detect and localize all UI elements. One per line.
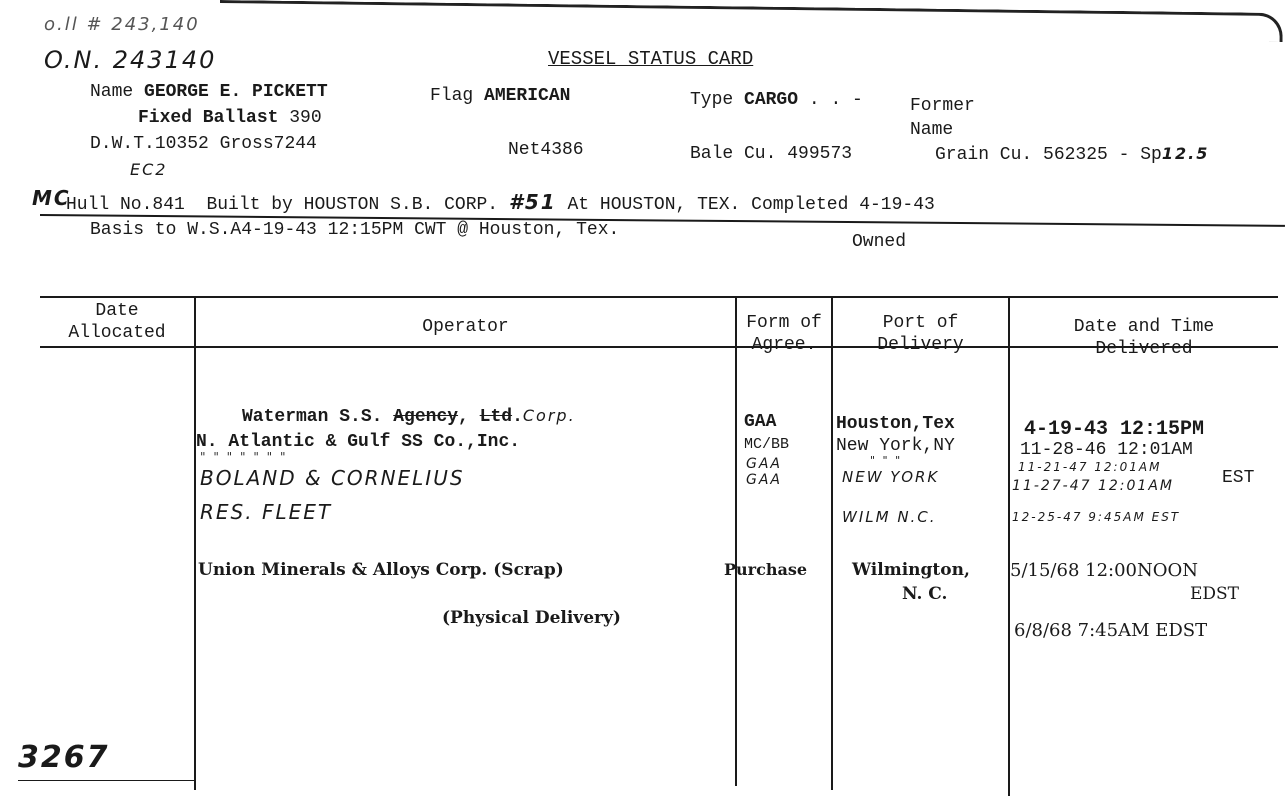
hull-built-field: Hull No.841 Built by HOUSTON S.B. CORP. … bbox=[66, 190, 935, 215]
fixed-ballast-value: 390 bbox=[289, 108, 321, 128]
built-by-value: HOUSTON S.B. CORP. bbox=[304, 195, 498, 215]
basis-label: Basis to W.S.A bbox=[90, 220, 241, 240]
row1-operator: Waterman S.S. Agency, Ltd.Corp. bbox=[242, 406, 576, 427]
owned-label: Owned bbox=[852, 232, 906, 252]
fixed-ballast-label: Fixed Ballast bbox=[138, 108, 278, 128]
at-value: HOUSTON, TEX. bbox=[600, 195, 740, 215]
gross-value: 7244 bbox=[274, 134, 317, 154]
row4-delivered: 11-27-47 12:01AM bbox=[1012, 478, 1174, 494]
row3-delivered: 11-21-47 12:01AM bbox=[1018, 460, 1161, 474]
dwt-label: D.W.T. bbox=[90, 134, 155, 154]
row2-form: MC/BB bbox=[744, 436, 789, 453]
card-number: 3267 bbox=[18, 740, 110, 775]
row3-port: NEW YORK bbox=[842, 468, 939, 486]
row6-form: Purchase bbox=[724, 560, 807, 579]
header-form-of-agreement: Form of Agree. bbox=[737, 312, 831, 356]
bale-label: Bale Cu. bbox=[690, 144, 776, 164]
speed-label: Sp bbox=[1140, 145, 1162, 165]
col-divider-3 bbox=[831, 296, 833, 790]
former-name-label-2: Name bbox=[910, 120, 953, 140]
row6-operator: Union Minerals & Alloys Corp. (Scrap) bbox=[198, 560, 564, 580]
row4-timezone: EST bbox=[1222, 468, 1254, 488]
row1-form: GAA bbox=[744, 412, 776, 432]
type-label: Type bbox=[690, 90, 733, 110]
row2-port: New York,NY bbox=[836, 436, 955, 456]
handwritten-top-note: o.ll # 243,140 bbox=[44, 14, 200, 35]
initials-note: MC bbox=[32, 186, 71, 210]
speed-value: 12.5 bbox=[1162, 144, 1209, 163]
dwt-value: 10352 bbox=[155, 134, 209, 154]
row2-delivered: 11-28-46 12:01AM bbox=[1020, 440, 1193, 460]
row4-form: GAA bbox=[746, 472, 782, 488]
row3-form: GAA bbox=[746, 456, 782, 472]
grain-label: Grain Cu. bbox=[935, 145, 1032, 165]
row6-port-2: N. C. bbox=[902, 584, 947, 604]
tonnage-field: D.W.T.10352 Gross7244 bbox=[90, 134, 317, 154]
row3-port-ditto: " " " bbox=[870, 454, 902, 467]
row5-operator: RES. FLEET bbox=[200, 500, 332, 524]
name-field: Name GEORGE E. PICKETT bbox=[90, 82, 328, 102]
grain-value: 562325 bbox=[1043, 145, 1108, 165]
header-operator: Operator bbox=[196, 316, 735, 338]
completed-value: 4-19-43 bbox=[859, 195, 935, 215]
row3-ditto-marks: " " " " " " " bbox=[200, 450, 288, 464]
header-date-allocated: Date Allocated bbox=[40, 300, 194, 344]
net-field: Net4386 bbox=[508, 140, 584, 160]
type-value: CARGO bbox=[744, 90, 798, 110]
net-label: Net bbox=[508, 140, 540, 160]
row2-operator: N. Atlantic & Gulf SS Co.,Inc. bbox=[196, 432, 520, 452]
bale-field: Bale Cu. 499573 bbox=[690, 144, 852, 164]
completed-label: Completed bbox=[751, 195, 848, 215]
hull-value: 841 bbox=[152, 195, 184, 215]
flag-field: Flag AMERICAN bbox=[430, 86, 570, 106]
gross-label: Gross bbox=[220, 134, 274, 154]
basis-value: 4-19-43 12:15PM CWT @ Houston, Tex. bbox=[241, 220, 619, 240]
fixed-ballast-field: Fixed Ballast 390 bbox=[138, 108, 322, 128]
ship-class-note: EC2 bbox=[130, 160, 167, 179]
name-label: Name bbox=[90, 82, 133, 102]
table-top-line bbox=[40, 296, 1278, 298]
row1-port: Houston,Tex bbox=[836, 414, 955, 434]
card-title: VESSEL STATUS CARD bbox=[548, 48, 753, 70]
row6-port-1: Wilmington, bbox=[852, 560, 970, 580]
card-top-edge bbox=[220, 0, 1283, 42]
row5-delivered: 12-25-47 9:45AM EST bbox=[1012, 510, 1180, 524]
col-divider-1 bbox=[194, 296, 196, 790]
card-number-box-bottom bbox=[18, 780, 194, 781]
built-by-label: Built by bbox=[206, 195, 292, 215]
type-field: Type CARGO . . - bbox=[690, 90, 863, 110]
row1-delivered: 4-19-43 12:15PM bbox=[1024, 418, 1204, 441]
name-value: GEORGE E. PICKETT bbox=[144, 82, 328, 102]
builder-note: #51 bbox=[509, 190, 557, 214]
official-number: O.N. 243140 bbox=[44, 46, 216, 74]
row6-delivered: 5/15/68 12:00NOON bbox=[1010, 560, 1198, 581]
col-divider-2 bbox=[735, 296, 737, 786]
row3-operator: BOLAND & CORNELIUS bbox=[200, 466, 465, 490]
hull-label: Hull No. bbox=[66, 195, 152, 215]
header-date-time-delivered: Date and Time Delivered bbox=[1010, 316, 1278, 360]
grain-field: Grain Cu. 562325 - Sp12.5 bbox=[935, 144, 1209, 165]
basis-field: Basis to W.S.A4-19-43 12:15PM CWT @ Hous… bbox=[90, 220, 619, 240]
flag-value: AMERICAN bbox=[484, 86, 570, 106]
bale-value: 499573 bbox=[787, 144, 852, 164]
at-label: At bbox=[567, 195, 589, 215]
row6-delivered-tz: EDST bbox=[1190, 584, 1239, 604]
net-value: 4386 bbox=[540, 140, 583, 160]
flag-label: Flag bbox=[430, 86, 473, 106]
row5-port: WILM N.C. bbox=[842, 508, 937, 526]
header-port-of-delivery: Port of Delivery bbox=[833, 312, 1008, 356]
former-name-label-1: Former bbox=[910, 96, 975, 116]
col-divider-4 bbox=[1008, 296, 1010, 796]
row7-operator: (Physical Delivery) bbox=[442, 608, 621, 628]
row7-delivered: 6/8/68 7:45AM EDST bbox=[1014, 620, 1207, 641]
